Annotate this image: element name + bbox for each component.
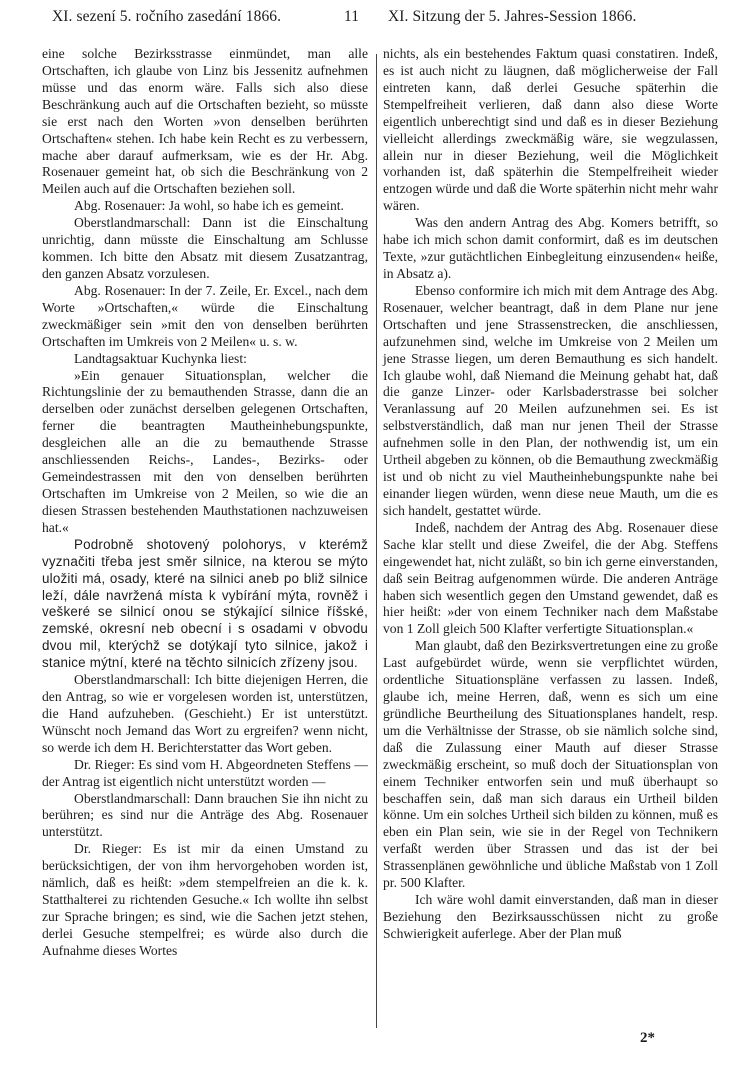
paragraph-quoted-motion-czech: Podrobně shotovený polohorys, v kterémž … (42, 537, 368, 672)
header-german-title: XI. Sitzung der 5. Jahres-Session 1866. (388, 8, 636, 26)
paragraph: nichts, als ein bestehendes Faktum quasi… (383, 46, 718, 215)
paragraph-rosenauer-amendment: Abg. Rosenauer: In der 7. Zeile, Er. Exc… (42, 283, 368, 351)
header-czech-title: XI. sezení 5. ročního zasedání 1866. (52, 8, 281, 26)
paragraph-rosenauer-motion: Ebenso conformire ich mich mit dem Antra… (383, 283, 718, 520)
running-header: XI. sezení 5. ročního zasedání 1866. 11 … (52, 8, 682, 30)
paragraph-quoted-motion-german: »Ein genauer Situationsplan, welcher die… (42, 368, 368, 537)
paragraph-rosenauer-reply: Abg. Rosenauer: Ja wohl, so habe ich es … (42, 198, 368, 215)
paragraph-marschall: Oberstlandmarschall: Dann ist die Einsch… (42, 215, 368, 283)
right-column: nichts, als ein bestehendes Faktum quasi… (383, 46, 718, 943)
signature-mark: 2* (640, 1030, 655, 1047)
paragraph-steffens: Indeß, nachdem der Antrag des Abg. Rosen… (383, 520, 718, 638)
paragraph-rieger-stempel: Dr. Rieger: Es ist mir da einen Umstand … (42, 841, 368, 959)
page-number: 11 (344, 8, 359, 26)
paragraph-einverstanden: Ich wäre wohl damit einverstanden, daß m… (383, 892, 718, 943)
left-column: eine solche Bezirksstrasse einmündet, ma… (42, 46, 368, 960)
column-divider (376, 54, 377, 1028)
paragraph-bezirksvertretungen: Man glaubt, daß den Bezirksvertretungen … (383, 638, 718, 892)
paragraph-marschall-response: Oberstlandmarschall: Dann brauchen Sie i… (42, 791, 368, 842)
paragraph: eine solche Bezirksstrasse einmündet, ma… (42, 46, 368, 198)
paragraph-rieger: Dr. Rieger: Es sind vom H. Abgeordneten … (42, 757, 368, 791)
paragraph-kuchynka-reads: Landtagsaktuar Kuchynka liest: (42, 351, 368, 368)
paragraph-marschall-vote: Oberstlandmarschall: Ich bitte diejenige… (42, 672, 368, 757)
paragraph-komers-motion: Was den andern Antrag des Abg. Komers be… (383, 215, 718, 283)
